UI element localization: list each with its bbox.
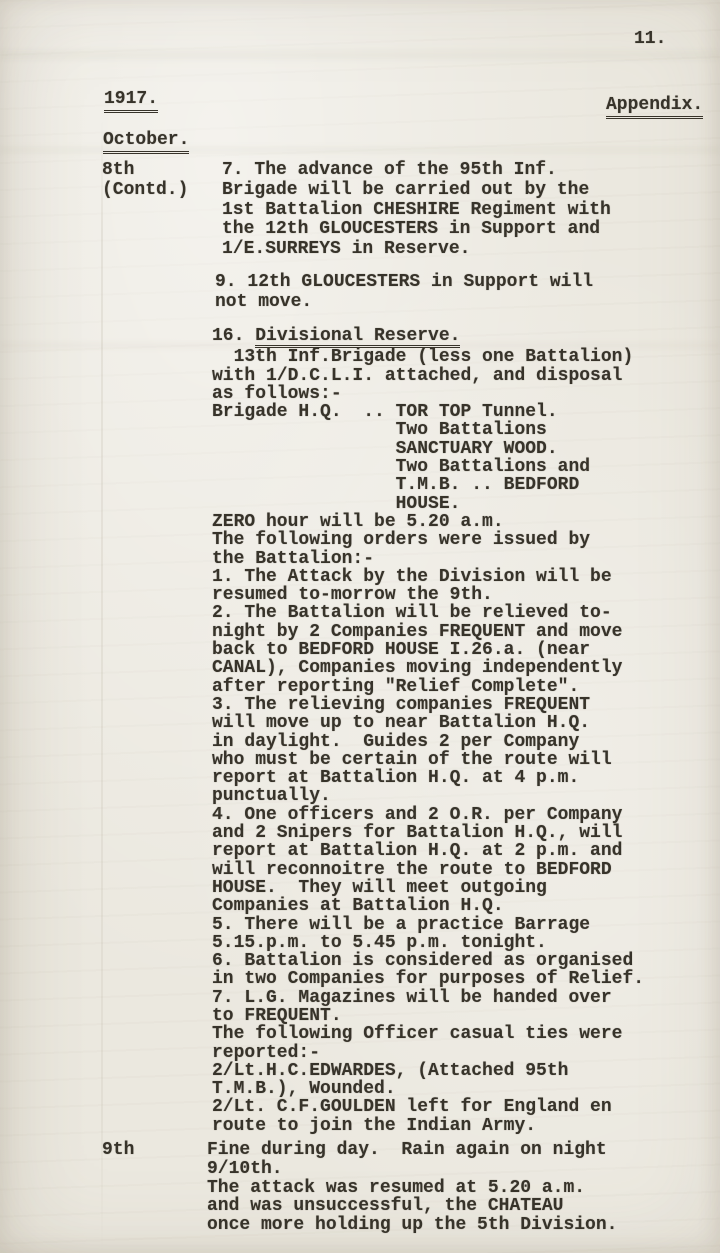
paper-crease [101, 120, 103, 1253]
text-line: CANAL), Companies moving independently [212, 659, 644, 677]
text-line: not move. [215, 292, 593, 312]
year-heading-text: 1917. [104, 89, 158, 113]
month-heading-text: October. [103, 130, 189, 154]
text-line: 5. There will be a practice Barrage [212, 916, 644, 934]
underlined-heading: Divisional Reserve. [255, 327, 460, 348]
text-line: 9. 12th GLOUCESTERS in Support will [215, 272, 593, 292]
text-line: SANCTUARY WOOD. [212, 440, 644, 458]
text-line: The following orders were issued by [212, 531, 644, 549]
text-line: 2. The Battalion will be relieved to- [212, 604, 644, 622]
text-line: Fine during day. Rain again on night [207, 1141, 617, 1160]
year-heading: 1917. [104, 89, 158, 113]
text-line: once more holding up the 5th Division. [207, 1216, 617, 1235]
text-line: 7. L.G. Magazines will be handed over [212, 989, 644, 1007]
scan-streak [0, 50, 720, 60]
text-line: and was unsuccessful, the CHATEAU [207, 1197, 617, 1216]
text-line: punctually. [212, 787, 644, 805]
text-line: in daylight. Guides 2 per Company [212, 733, 644, 751]
document-page: 11. 1917. Appendix. October. 8th (Contd.… [0, 0, 720, 1253]
diary-paragraph: 16. Divisional Reserve. 13th Inf.Brigade… [212, 327, 644, 1135]
text-line: 2/Lt.H.C.EDWARDES, (Attached 95th [212, 1062, 644, 1080]
text-line: report at Battalion H.Q. at 2 p.m. and [212, 842, 644, 860]
heading-prefix: 16. [212, 326, 255, 346]
entry-date-text: 9th [102, 1141, 134, 1160]
text-line: the 12th GLOUCESTERS in Support and [222, 220, 611, 240]
text-line: Two Battalions [212, 421, 644, 439]
text-line: route to join the Indian Army. [212, 1117, 644, 1135]
text-line: 1/E.SURREYS in Reserve. [222, 240, 611, 260]
appendix-heading-text: Appendix. [606, 95, 703, 119]
text-line: report at Battalion H.Q. at 4 p.m. [212, 769, 644, 787]
text-line: back to BEDFORD HOUSE I.26.a. (near [212, 641, 644, 659]
text-line: will reconnoitre the route to BEDFORD [212, 861, 644, 879]
text-line: reported:- [212, 1044, 644, 1062]
text-line: The following Officer casual ties were [212, 1025, 644, 1043]
text-line: T.M.B. .. BEDFORD [212, 476, 644, 494]
text-line: T.M.B.), Wounded. [212, 1080, 644, 1098]
text-line: 6. Battalion is considered as organised [212, 952, 644, 970]
text-line: who must be certain of the route will [212, 751, 644, 769]
text-line: 7. The advance of the 95th Inf. [222, 161, 611, 181]
text-line: and 2 Snipers for Battalion H.Q., will [212, 824, 644, 842]
entry-date-9th: 9th [102, 1141, 134, 1160]
text-line: in two Companies for purposes of Relief. [212, 970, 644, 988]
text-line: 1st Battalion CHESHIRE Regiment with [222, 201, 611, 221]
text-line: night by 2 Companies FREQUENT and move [212, 623, 644, 641]
text-line: Brigade H.Q. .. TOR TOP Tunnel. [212, 403, 644, 421]
text-line: 2/Lt. C.F.GOULDEN left for England en [212, 1098, 644, 1116]
diary-paragraph: 7. The advance of the 95th Inf.Brigade w… [222, 161, 611, 260]
text-line: Brigade will be carried out by the [222, 181, 611, 201]
text-line: 13th Inf.Brigade (less one Battalion) [212, 348, 644, 366]
text-line: the Battalion:- [212, 550, 644, 568]
text-line: will move up to near Battalion H.Q. [212, 714, 644, 732]
text-line: ZERO hour will be 5.20 a.m. [212, 513, 644, 531]
text-line: to FREQUENT. [212, 1007, 644, 1025]
text-line: 3. The relieving companies FREQUENT [212, 696, 644, 714]
text-line: as follows:- [212, 385, 644, 403]
text-line: The attack was resumed at 5.20 a.m. [207, 1179, 617, 1198]
entry-date-text: 8th [102, 161, 188, 181]
diary-paragraph: Fine during day. Rain again on night9/10… [207, 1141, 617, 1235]
entry-date-8th: 8th (Contd.) [102, 161, 188, 201]
text-line: 1. The Attack by the Division will be [212, 568, 644, 586]
text-line: resumed to-morrow the 9th. [212, 586, 644, 604]
appendix-heading: Appendix. [606, 95, 703, 119]
page-number: 11. [634, 29, 666, 49]
text-line: 9/10th. [207, 1160, 617, 1179]
month-heading: October. [103, 130, 189, 154]
text-line: after reporting "Relief Complete". [212, 678, 644, 696]
text-line: Companies at Battalion H.Q. [212, 897, 644, 915]
entry-date-contd: (Contd.) [102, 181, 188, 201]
text-line: 4. One officers and 2 O.R. per Company [212, 806, 644, 824]
text-line: 5.15.p.m. to 5.45 p.m. tonight. [212, 934, 644, 952]
text-line: HOUSE. [212, 495, 644, 513]
text-line: Two Battalions and [212, 458, 644, 476]
diary-paragraph: 9. 12th GLOUCESTERS in Support willnot m… [215, 272, 593, 312]
text-line: with 1/D.C.L.I. attached, and disposal [212, 367, 644, 385]
text-line: HOUSE. They will meet outgoing [212, 879, 644, 897]
text-line: 16. Divisional Reserve. [212, 327, 644, 348]
